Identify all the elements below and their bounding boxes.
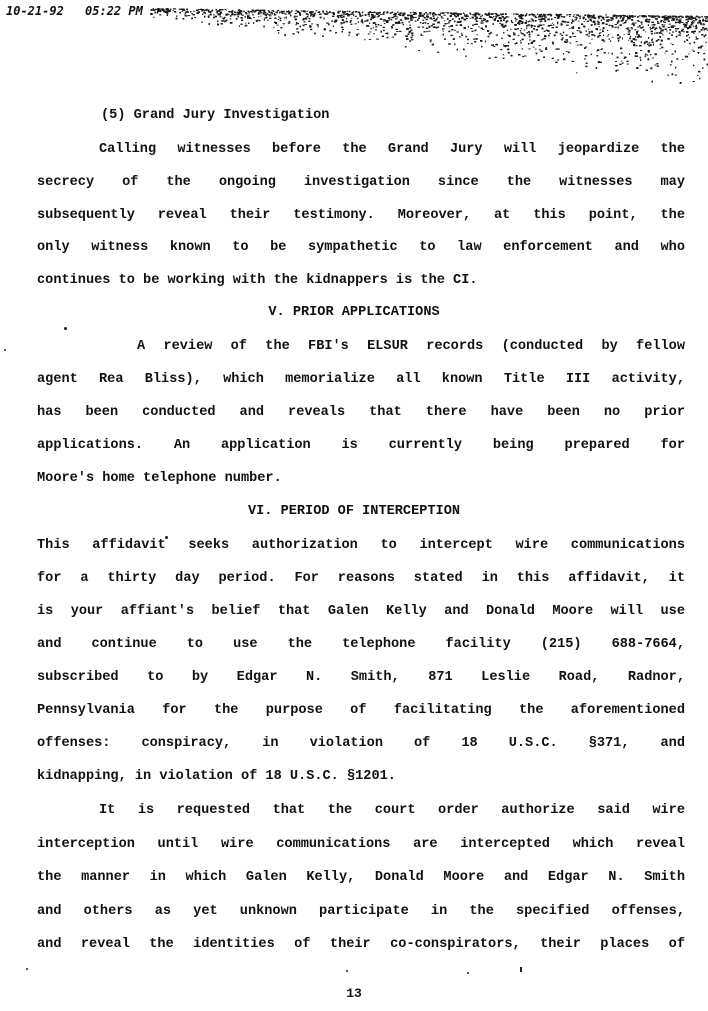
scan-speck [467, 972, 469, 974]
scan-noise-band [150, 0, 708, 95]
paragraph-line: and others as yet unknown participate in… [37, 903, 685, 921]
paragraph-line: continues to be working with the kidnapp… [37, 272, 685, 290]
fax-header: 10-21-92 05:22 PM [6, 4, 157, 18]
scan-speck [64, 327, 67, 330]
paragraph-line: secrecy of the ongoing investigation sin… [37, 174, 685, 192]
paragraph-line: has been conducted and reveals that ther… [37, 404, 685, 422]
subsection-title: (5) Grand Jury Investigation [101, 107, 329, 125]
paragraph-line: is your affiant's belief that Galen Kell… [37, 603, 685, 621]
fax-date: 10-21-92 [6, 4, 64, 18]
paragraph-line: only witness known to be sympathetic to … [37, 239, 685, 257]
paragraph-line: Pennsylvania for the purpose of facilita… [37, 702, 685, 720]
paragraph-line: subsequently reveal their testimony. Mor… [37, 207, 685, 225]
paragraph-line: This affidavit seeks authorization to in… [37, 537, 685, 555]
paragraph-line: and continue to use the telephone facili… [37, 636, 685, 654]
paragraph-line: Moore's home telephone number. [37, 470, 685, 488]
paragraph-line: subscribed to by Edgar N. Smith, 871 Les… [37, 669, 685, 687]
paragraph-line: kidnapping, in violation of 18 U.S.C. §1… [37, 768, 685, 786]
paragraph-line: and reveal the identities of their co-co… [37, 936, 685, 954]
scan-speck [26, 968, 28, 970]
scan-speck [520, 967, 522, 972]
section-heading-prior-applications: V. PRIOR APPLICATIONS [0, 304, 708, 322]
paragraph-line: A review of the FBI's ELSUR records (con… [37, 338, 685, 356]
scan-speck [165, 536, 168, 539]
paragraph-line: agent Rea Bliss), which memorialize all … [37, 371, 685, 389]
paragraph-line: It is requested that the court order aut… [37, 802, 685, 820]
paragraph-line: for a thirty day period. For reasons sta… [37, 570, 685, 588]
section-heading-period-of-interception: VI. PERIOD OF INTERCEPTION [0, 503, 708, 521]
scan-speck [4, 349, 6, 351]
page-number: 13 [0, 986, 708, 1001]
fax-time: 05:22 PM [85, 4, 143, 18]
document-page: 10-21-92 05:22 PM (5) Grand Jury Investi… [0, 0, 708, 1011]
paragraph-line: interception until wire communications a… [37, 836, 685, 854]
paragraph-line: offenses: conspiracy, in violation of 18… [37, 735, 685, 753]
scan-speck [346, 970, 348, 972]
paragraph-line: Calling witnesses before the Grand Jury … [37, 141, 685, 159]
paragraph-line: the manner in which Galen Kelly, Donald … [37, 869, 685, 887]
paragraph-line: applications. An application is currentl… [37, 437, 685, 455]
